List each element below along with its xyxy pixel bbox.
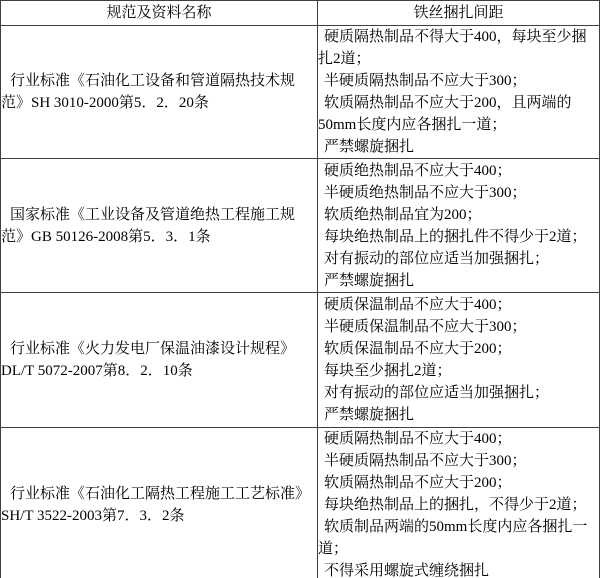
spec-source-cell: 行业标准《石油化工设备和管道隔热技术规范》SH 3010-2000第5．2．20… (1, 26, 318, 159)
col-header-wire-spacing: 铁丝捆扎间距 (318, 1, 600, 26)
spec-source-cell: 行业标准《火力发电厂保温油漆设计规程》DL/T 5072-2007第8．2．10… (1, 293, 318, 428)
requirement-line: 软质隔热制品不应大于200； (318, 472, 599, 494)
requirement-line: 软质保温制品不应大于200； (318, 338, 599, 360)
requirement-line: 软质绝热制品宜为200； (318, 204, 599, 226)
spec-source-cell: 行业标准《石油化工隔热工程施工工艺标准》SH/T 3522-2003第7．3．2… (1, 428, 318, 578)
requirement-line: 软质隔热制品不应大于200，且两端的50mm长度内应各捆扎一道； (318, 92, 599, 136)
spacing-requirements-cell: 硬质隔热制品不应大于400；半硬质隔热制品不应大于300；软质隔热制品不应大于2… (318, 428, 600, 578)
requirement-line: 硬质隔热制品不得大于400，每块至少捆扎2道； (318, 26, 599, 70)
requirement-line: 严禁螺旋捆扎 (318, 404, 599, 426)
requirement-line: 硬质隔热制品不应大于400； (318, 428, 599, 450)
requirement-line: 半硬质保温制品不应大于300； (318, 316, 599, 338)
spacing-requirements-cell: 硬质绝热制品不应大于400；半硬质绝热制品不应大于300；软质绝热制品宜为200… (318, 159, 600, 293)
requirement-line: 硬质保温制品不应大于400； (318, 294, 599, 316)
table-row: 国家标准《工业设备及管道绝热工程施工规范》GB 50126-2008第5．3．1… (1, 159, 600, 293)
requirement-line: 对有振动的部位应适当加强捆扎； (318, 248, 599, 270)
col-header-spec-name: 规范及资料名称 (1, 1, 318, 26)
table-body: 行业标准《石油化工设备和管道隔热技术规范》SH 3010-2000第5．2．20… (1, 26, 600, 578)
table-row: 行业标准《石油化工隔热工程施工工艺标准》SH/T 3522-2003第7．3．2… (1, 428, 600, 578)
requirement-line: 半硬质隔热制品不应大于300； (318, 70, 599, 92)
requirement-line: 不得采用螺旋式缠绕捆扎 (318, 560, 599, 578)
header-row: 规范及资料名称 铁丝捆扎间距 (1, 1, 600, 26)
spec-source-cell: 国家标准《工业设备及管道绝热工程施工规范》GB 50126-2008第5．3．1… (1, 159, 318, 293)
requirement-line: 半硬质隔热制品不应大于300； (318, 450, 599, 472)
requirement-line: 软质制品两端的50mm长度内应各捆扎一道； (318, 516, 599, 560)
spacing-requirements-cell: 硬质保温制品不应大于400；半硬质保温制品不应大于300；软质保温制品不应大于2… (318, 293, 600, 428)
requirement-line: 每块绝热制品上的捆扎，不得少于2道； (318, 494, 599, 516)
requirement-line: 每块绝热制品上的捆扎件不得少于2道； (318, 226, 599, 248)
requirement-line: 每块至少捆扎2道； (318, 360, 599, 382)
spec-comparison-table: 规范及资料名称 铁丝捆扎间距 行业标准《石油化工设备和管道隔热技术规范》SH 3… (0, 0, 600, 578)
requirement-line: 硬质绝热制品不应大于400； (318, 160, 599, 182)
document-page: 规范及资料名称 铁丝捆扎间距 行业标准《石油化工设备和管道隔热技术规范》SH 3… (0, 0, 600, 578)
table-row: 行业标准《火力发电厂保温油漆设计规程》DL/T 5072-2007第8．2．10… (1, 293, 600, 428)
requirement-line: 严禁螺旋捆扎 (318, 136, 599, 158)
requirement-line: 半硬质绝热制品不应大于300； (318, 182, 599, 204)
table-row: 行业标准《石油化工设备和管道隔热技术规范》SH 3010-2000第5．2．20… (1, 26, 600, 159)
spacing-requirements-cell: 硬质隔热制品不得大于400，每块至少捆扎2道；半硬质隔热制品不应大于300；软质… (318, 26, 600, 159)
requirement-line: 对有振动的部位应适当加强捆扎； (318, 382, 599, 404)
requirement-line: 严禁螺旋捆扎 (318, 270, 599, 292)
